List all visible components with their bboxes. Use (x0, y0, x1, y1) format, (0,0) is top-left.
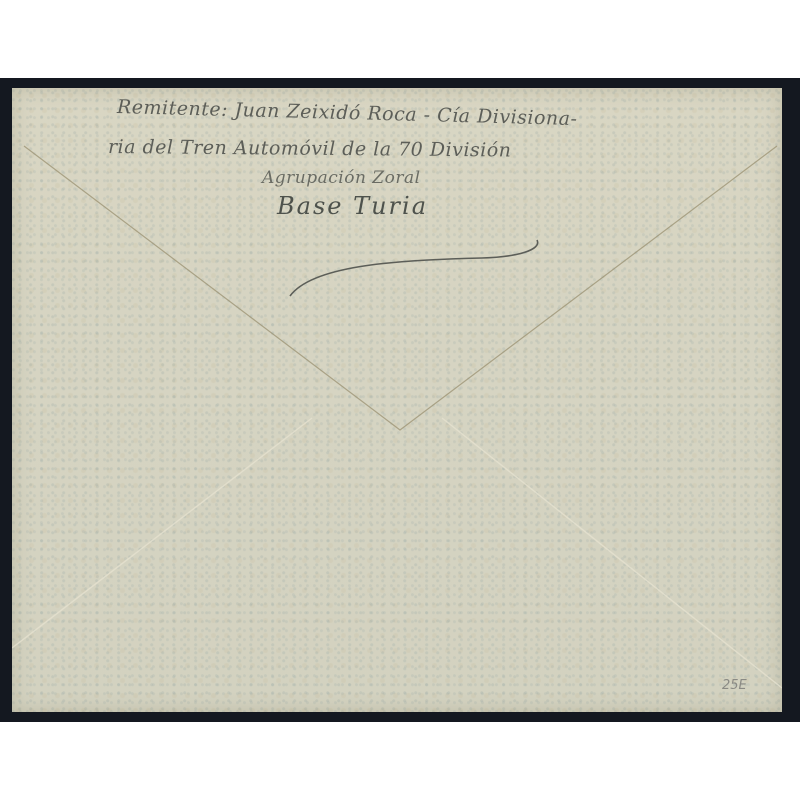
sender-line-4: Base Turia (277, 192, 428, 220)
envelope-back: Remitente: Juan Zeixidó Roca - Cía Divis… (12, 88, 782, 712)
sender-line-2: ria del Tren Automóvil de la 70 División (108, 136, 512, 162)
pencil-note: 25E (722, 678, 747, 693)
sender-line-3: Agrupación Zoral (262, 168, 421, 188)
